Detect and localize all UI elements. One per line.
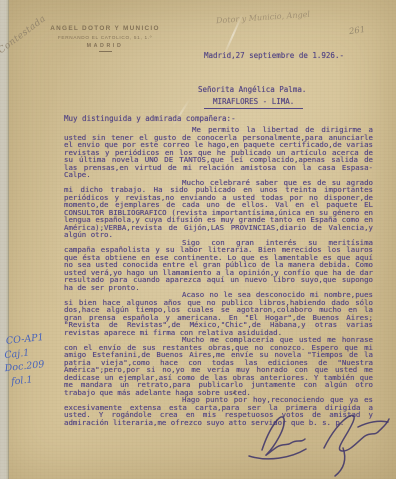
letterhead-city: MADRID: [34, 43, 176, 49]
paper-crease: [171, 98, 191, 128]
salutation: Muy distinguida y admirada compañera:-: [64, 114, 236, 123]
letterhead-rule: [99, 51, 112, 52]
archive-number-annotation: 261: [348, 25, 365, 37]
scanner-edge-strip: [0, 0, 9, 479]
paragraph: Acaso no le sea desconocido mi nombre,pu…: [64, 291, 373, 336]
letter-body: Me permito la libertad de dirigirme a us…: [64, 126, 373, 426]
recipient-place: MIRAFLORES - LIMA.: [204, 96, 303, 109]
scanned-letter-page: Contestada ANGEL DOTOR Y MUNICIO FERNAND…: [0, 0, 396, 479]
paragraph: Mucho celebraré saber que es de su agrad…: [64, 179, 373, 239]
recipient-block: Señorita Angélica Palma. MIRAFLORES - LI…: [198, 84, 306, 109]
paragraph: Mucho me complacería que usted me honras…: [64, 336, 373, 396]
paragraph: Sigo con gran interés su meritísima camp…: [64, 239, 373, 292]
archive-margin-marks: CO-AP1 Caj.1 Doc.209 fol.1: [2, 331, 48, 389]
paragraph: Me permito la libertad de dirigirme a us…: [64, 126, 373, 179]
recipient-name: Señorita Angélica Palma.: [198, 84, 306, 95]
archive-name-annotation: Dotor y Municio, Angel: [216, 10, 310, 26]
letterhead-name: ANGEL DOTOR Y MUNICIO: [34, 25, 176, 32]
dateline: Madrid,27 septiembre de 1.926.-: [204, 51, 344, 60]
letterhead: ANGEL DOTOR Y MUNICIO FERNANDO EL CATOLI…: [34, 25, 176, 52]
signature-angel-dotor: [246, 406, 396, 478]
letterhead-address: FERNANDO EL CATOLICO, 51, 1.º: [34, 35, 176, 40]
